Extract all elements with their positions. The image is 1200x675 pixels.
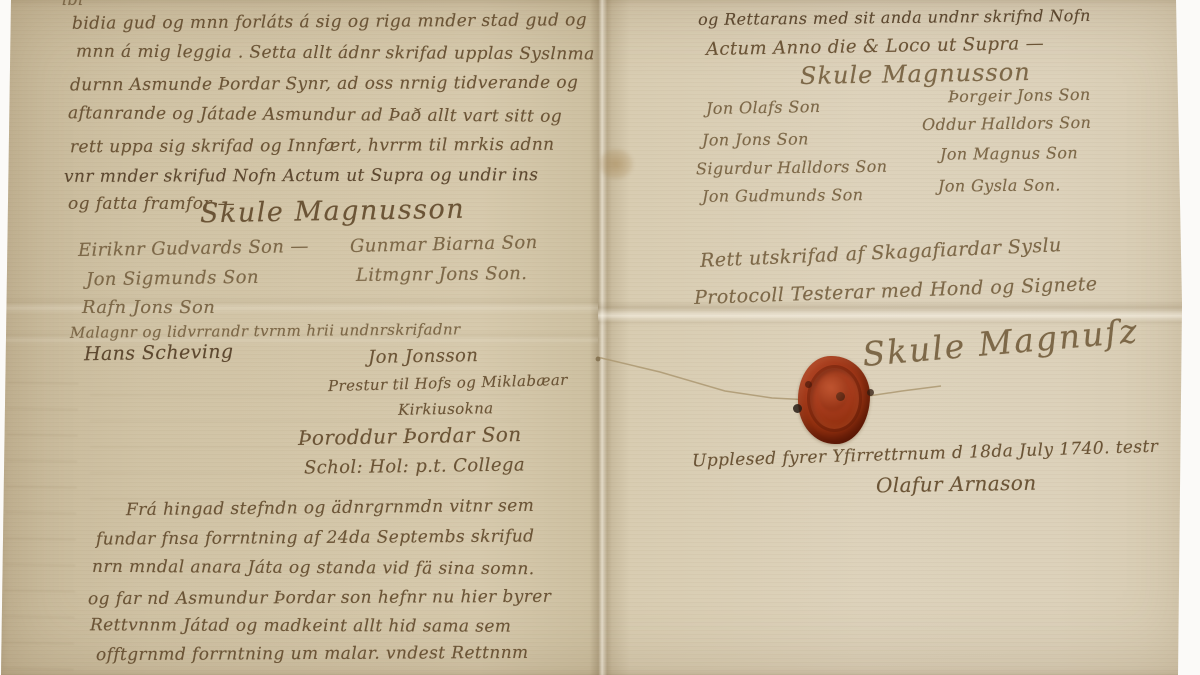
witness-name: Jon Sigmunds Son — [86, 269, 259, 289]
left-paragraph2-line: og far nd Asmundur Þordar son hefnr nu h… — [88, 589, 551, 608]
olafur-arnason-signature: Olafur Arnason — [876, 473, 1037, 496]
manuscript-paper: lbl bidia gud og mnn forláts á sig og ri… — [0, 0, 1200, 675]
left-paragraph2-line: Rettvnnm Játad og madkeint allt hid sama… — [90, 617, 511, 635]
left-paragraph2-line: fundar fnsa forrntning af 24da Septembs … — [96, 528, 535, 548]
left-paragraph1-line: vnr mnder skrifud Nofn Actum ut Supra og… — [64, 167, 538, 186]
actum-line: Actum Anno die & Loco ut Supra — — [706, 35, 1044, 59]
signer-name: Oddur Halldors Son — [922, 115, 1092, 133]
witness-name: Litmgnr Jons Son. — [356, 265, 528, 285]
clerk-title-collega: Schol: Hol: p.t. Collega — [304, 456, 525, 477]
signer-name: Þorgeir Jons Son — [948, 87, 1091, 105]
left-paragraph1-line: rett uppa sig skrifad og Innfært, hvrrm … — [70, 137, 555, 157]
witness-name: Eiriknr Gudvards Son — — [78, 238, 309, 260]
attestation-line: Rett utskrifad af Skagafiardar Syslu — [700, 236, 1062, 271]
left-paragraph1-line: durnn Asmunde Þordar Synr, ad oss nrnig … — [70, 75, 578, 95]
signer-name: Sigurdur Halldors Son — [696, 159, 888, 178]
scanned-manuscript: lbl bidia gud og mnn forláts á sig og ri… — [0, 0, 1200, 675]
left-paragraph1-line: mnn á mig leggia . Setta allt ádnr skrif… — [76, 44, 595, 64]
witness-name: Rafn Jons Son — [82, 299, 215, 317]
signer-name: Jon Gysla Son. — [938, 177, 1061, 194]
signer-name: Jon Gudmunds Son — [702, 187, 864, 205]
signer-name: Jon Magnus Son — [940, 145, 1078, 162]
clerks-line: Malagnr og lidvrrandr tvrnm hrii undnrsk… — [70, 322, 461, 340]
reading-note-line: Upplesed fyrer Yfirrettrnum d 18da July … — [692, 439, 1159, 471]
clerk-title-line: Kirkiusokna — [398, 401, 494, 418]
attestation-line: Protocoll Testerar med Hond og Signete — [694, 275, 1098, 308]
left-paragraph2-line: nrn mndal anara Játa og standa vid fä si… — [92, 559, 535, 578]
folio-corner-mark: lbl — [62, 0, 84, 8]
left-heading-skule-magnusson: Skule Magnusson — [200, 196, 466, 228]
clerk-signature-thoroddur: Þoroddur Þordar Son — [298, 424, 522, 448]
left-paragraph2-line: offtgrnmd forrntning um malar. vndest Re… — [96, 645, 529, 664]
witness-name: Gunmar Biarna Son — [350, 234, 538, 256]
right-closing-line: og Rettarans med sit anda undnr skrifnd … — [698, 8, 1091, 28]
signer-name: Jon Jons Son — [702, 131, 809, 148]
wax-seal-specks — [798, 356, 803, 361]
skule-magnusson-signature: Skule Magnuſz — [861, 314, 1140, 371]
signer-name: Jon Olafs Son — [706, 99, 821, 117]
clerk-signature-hans-scheving: Hans Scheving — [84, 343, 234, 365]
left-paragraph1-line: bidia gud og mnn forláts á sig og riga m… — [72, 12, 587, 33]
stain-spot — [598, 148, 634, 180]
clerk-signature-jon-jonsson: Jon Jonsson — [368, 347, 479, 367]
left-paragraph1-line: aftanrande og Játade Asmundur ad Það all… — [68, 105, 562, 125]
right-heading-skule-magnusson: Skule Magnusson — [800, 60, 1031, 88]
wax-seal — [798, 356, 870, 444]
left-paragraph2-line: Frá hingad stefndn og ädnrgrnmdn vitnr s… — [126, 498, 534, 519]
